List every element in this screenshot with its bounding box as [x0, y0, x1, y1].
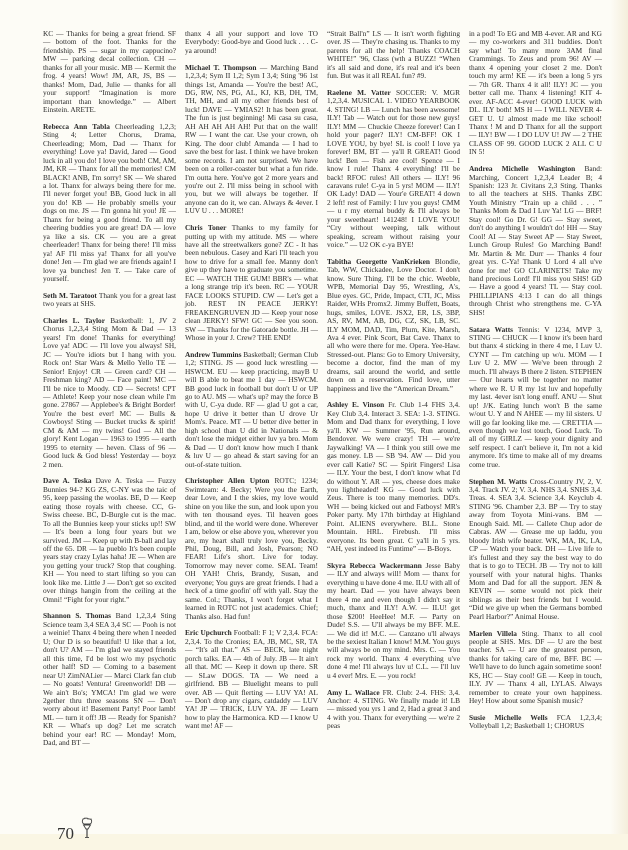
senior-entry: in a pod! To EG and MB 4-ever. AR and KG…: [469, 30, 602, 157]
senior-message: — Marching Band 1,2,3,4; Sym II 1,2; Sym…: [185, 63, 318, 216]
senior-entry: Tabitha Georgette VanKrieken Blondie, Ta…: [327, 258, 460, 393]
page-edge-shadow: [610, 0, 628, 850]
senior-entry: Shannon S. Thomas Band 1,2,3,4 Sting Sci…: [43, 612, 176, 747]
senior-message: Cross-Country JV, 2, V. 3,4. Track JV. 2…: [469, 477, 602, 621]
torch-sting-icon: [80, 817, 94, 839]
senior-entry: Andrea Michelle Washington Band: Marchin…: [469, 165, 602, 317]
senior-message: Basketball: 1, JV 2 Chorus 1,2,3,4 Sting…: [43, 316, 176, 469]
senior-entry: Satara Watts Tennis: V 1234, MVP 3, STIN…: [469, 326, 602, 470]
senior-message: Band 1,2,3,4 Sting Science team 3,4 SEA …: [43, 611, 176, 747]
senior-message: Fr. Club 1-4 FHS 3,4. Key Club 3,4. Inte…: [327, 400, 460, 553]
senior-message: Basketball; German Club 1,2; STING. JS —…: [185, 350, 318, 469]
senior-message: Football: F 1; V 2,3,4. FCA: 2,3,4. To t…: [185, 628, 318, 730]
senior-entry: Ashley E. Vinson Fr. Club 1-4 FHS 3,4. K…: [327, 401, 460, 553]
senior-message: SOCCER: V. MGR 1,2,3,4. MUSICAL 1. VIDEO…: [327, 88, 460, 249]
senior-entry: Chris Toner Thanks to my family for putt…: [185, 224, 318, 342]
page-number: 70: [57, 825, 74, 842]
senior-entry: Stephen M. Watts Cross-Country JV, 2, V.…: [469, 478, 602, 622]
senior-entry: Skyra Rebecca Wackermann Jesse Baby — IL…: [327, 562, 460, 680]
senior-entry: Rebecca Ann Tabla Cheerleading 1,2,3; St…: [43, 123, 176, 284]
senior-entry: “Strait Ball'n” LS — It isn't worth figh…: [327, 30, 460, 81]
senior-entry: Dave A. Teska Dave A. Teska — Fuzzy Bunn…: [43, 477, 176, 604]
senior-entry: Susie Michelle Wells FCA 1,2,3,4; Volley…: [469, 714, 602, 731]
senior-entry: Charles L. Taylor Basketball: 1, JV 2 Ch…: [43, 317, 176, 469]
senior-message: Thanks to my family for putting up with …: [185, 223, 318, 342]
senior-entry: Andrew Tummins Basketball; German Club 1…: [185, 351, 318, 469]
senior-entry: Raelene M. Vatter SOCCER: V. MGR 1,2,3,4…: [327, 89, 460, 250]
senior-message: ROTC; 1234; Swimteam: 4. Becky; Were you…: [185, 476, 318, 620]
senior-entry: Eric Upchurch Football: F 1; V 2,3,4. FC…: [185, 629, 318, 730]
column-4: in a pod! To EG and MB 4-ever. AR and KG…: [469, 30, 602, 756]
page-bottom-margin: [0, 834, 628, 850]
senior-entry: thanx 4 all your support and love TO Eve…: [185, 30, 318, 55]
senior-message: in a pod! To EG and MB 4-ever. AR and KG…: [469, 29, 602, 156]
senior-entry: Christopher Allen Upton ROTC; 1234; Swim…: [185, 477, 318, 621]
senior-message: Dave A. Teska — Fuzzy Bunnies 94-? KG ZS…: [43, 476, 176, 603]
senior-entry: Marlen Villela Sting. Thanx to all cool …: [469, 630, 602, 706]
page-footer: 70: [57, 817, 94, 842]
column-2: thanx 4 all your support and love TO Eve…: [185, 30, 318, 756]
senior-messages-columns: KC — Thanks for being a great friend. SF…: [43, 30, 603, 756]
senior-message: “Strait Ball'n” LS — It isn't worth figh…: [327, 29, 460, 80]
senior-entry: Amy L. Wallace FR. Club: 2-4. FHS: 3,4. …: [327, 689, 460, 731]
senior-entry: KC — Thanks for being a great friend. SF…: [43, 30, 176, 115]
senior-entry: Seth M. Taratoot Thank you for a great l…: [43, 292, 176, 309]
senior-message: KC — Thanks for being a great friend. SF…: [43, 29, 176, 114]
senior-entry: Michael T. Thompson — Marching Band 1,2,…: [185, 64, 318, 216]
senior-message: Sting. Thanx to all cool people at SHS. …: [469, 629, 602, 706]
column-3: “Strait Ball'n” LS — It isn't worth figh…: [327, 30, 460, 756]
senior-message: Jesse Baby — ILY and always will! Mom — …: [327, 561, 460, 680]
senior-message: Blondie, Tab, WW, Chickadee, Love Doctor…: [327, 257, 460, 393]
senior-message: Cheerleading 1,2,3; Sting 4; Letter Chor…: [43, 122, 176, 283]
senior-message: thanx 4 all your support and love TO Eve…: [185, 29, 318, 55]
senior-message: Tennis: V 1234, MVP 3, STING — CHUCK — I…: [469, 325, 602, 469]
column-1: KC — Thanks for being a great friend. SF…: [43, 30, 176, 756]
senior-message: Band: Marching, Concert 1,2,3,4 Leader B…: [469, 164, 602, 317]
